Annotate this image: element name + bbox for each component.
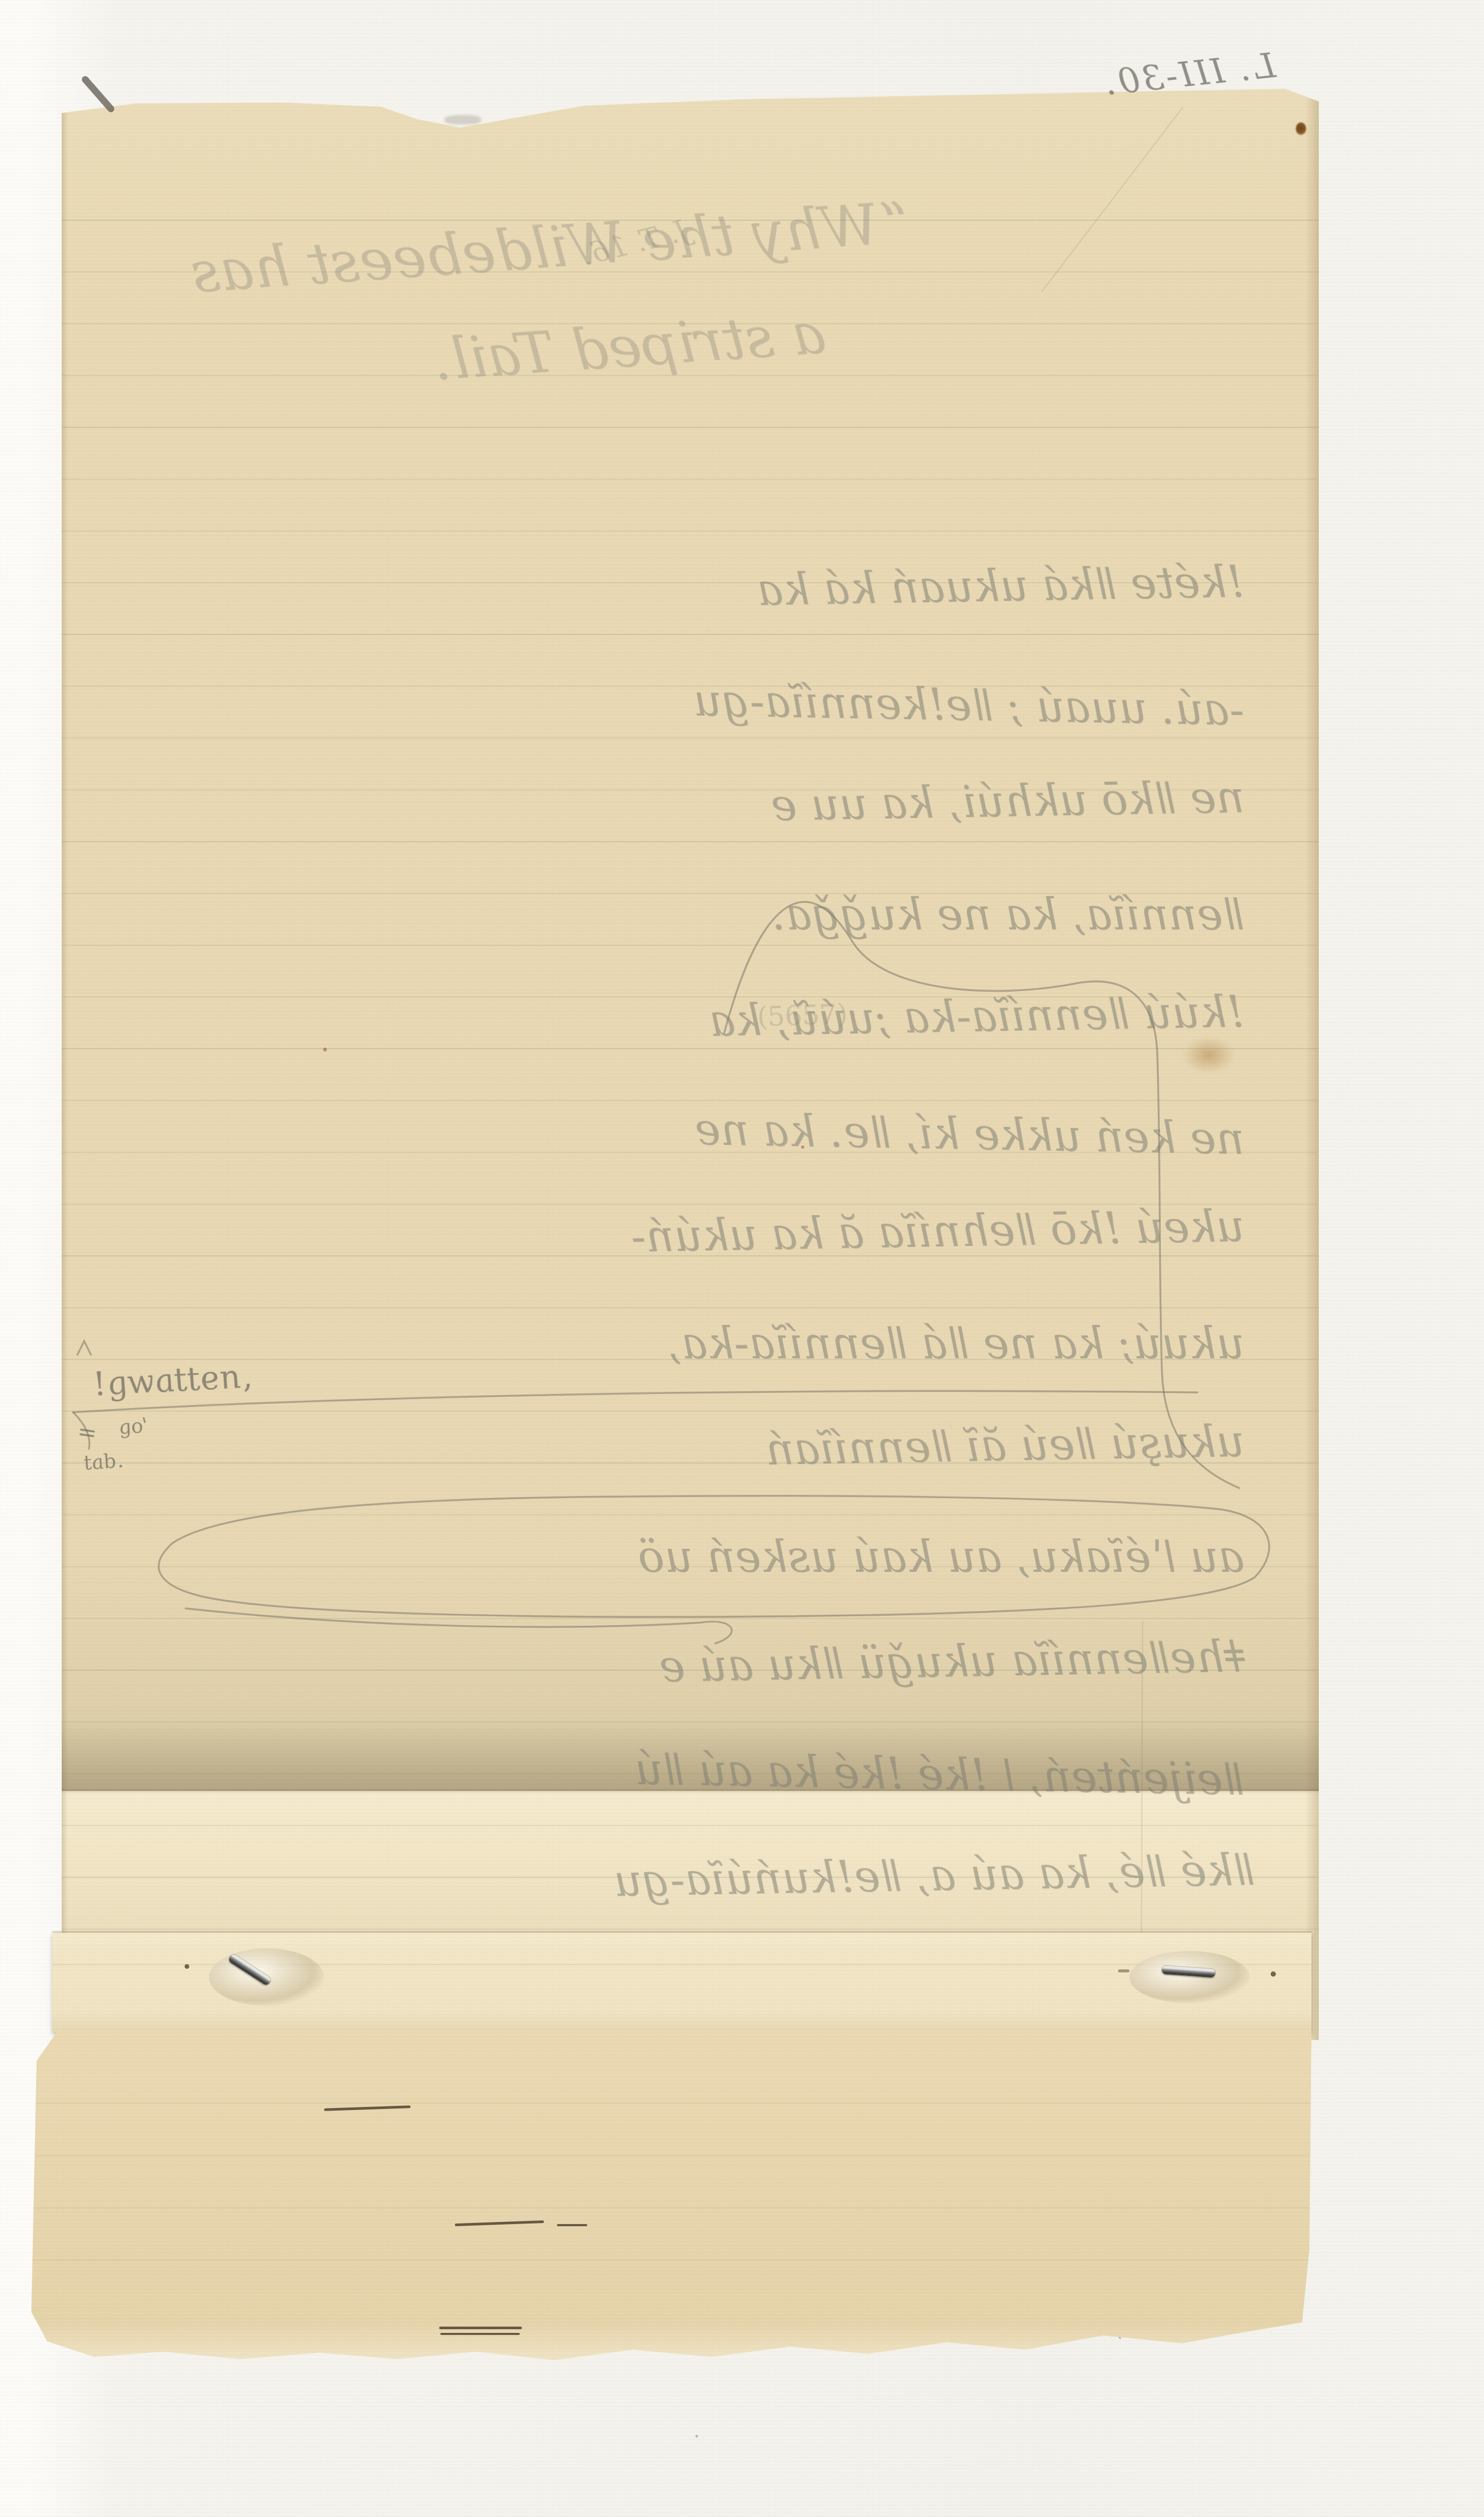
scanner-bed: L. III-30.1J. T. 16.“Why the Wildebeest …	[0, 0, 1484, 2517]
ruled-line	[62, 634, 1319, 635]
ink-underline-b2	[557, 2224, 587, 2226]
ruled-line	[62, 738, 1319, 739]
top-edge-smudge	[444, 115, 481, 124]
staple-hole-left	[185, 1964, 189, 1969]
ink-underline-c1	[439, 2327, 522, 2329]
margin-word-go: go'	[116, 1412, 184, 1438]
ruled-line	[62, 841, 1319, 842]
staple-dent	[1118, 1969, 1129, 1972]
ink-underline-b	[455, 2220, 544, 2226]
dust-speck	[695, 2435, 698, 2437]
ink-underline-a	[324, 2105, 410, 2111]
staple-dimple-right	[1129, 1951, 1250, 2003]
torn-slip	[31, 2030, 1311, 2360]
stapled-strip	[52, 1933, 1311, 2032]
ruled-line	[62, 530, 1319, 531]
body-line-4: ǁenníĩa, ka ne kuǧǧa.	[94, 890, 1245, 938]
ruled-line	[62, 427, 1319, 428]
ink-underline-c2	[440, 2333, 520, 2335]
ruled-line	[62, 1929, 1319, 1930]
ruled-line	[62, 1825, 1319, 1826]
equals-mark: =	[76, 1419, 116, 1449]
paragraph-number: (5657)	[754, 998, 897, 1033]
ruled-line	[62, 1411, 1319, 1412]
staple-hole-right	[1271, 1971, 1276, 1977]
foxing-spot	[1296, 122, 1306, 135]
body-line-10: au ǀ'éĩaku, au kaú uskeń uö	[131, 1533, 1245, 1581]
ruled-line	[62, 1307, 1319, 1308]
foxing-smudge	[1183, 1037, 1235, 1073]
ruled-line	[62, 1618, 1319, 1619]
ruled-line	[62, 945, 1319, 946]
ruled-line	[62, 1514, 1319, 1515]
ruled-line	[62, 479, 1319, 480]
